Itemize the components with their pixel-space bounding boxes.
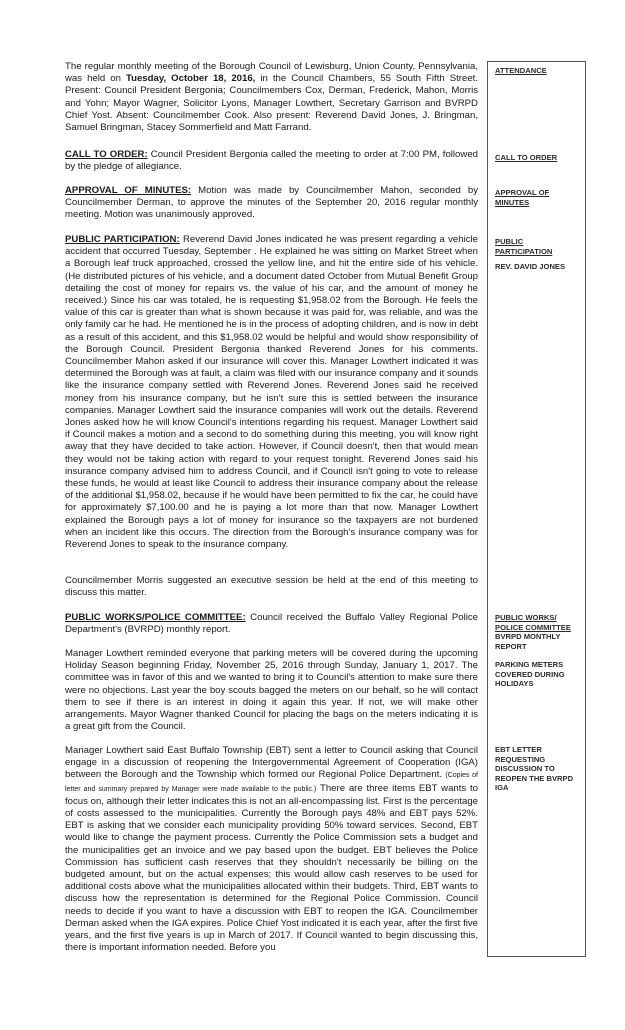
side-parking-meters: PARKING METERS COVERED DURING HOLIDAYS: [495, 660, 575, 689]
side-pp-line2: PARTICIPATION: [495, 247, 552, 256]
ebt-text-cont: There are three items EBT wants to focus…: [65, 783, 478, 954]
side-call-to-order: CALL TO ORDER: [495, 153, 585, 163]
side-pp-line1: PUBLIC: [495, 237, 523, 246]
approval-heading: APPROVAL OF MINUTES:: [65, 185, 191, 196]
morris-paragraph: Councilmember Morris suggested an execut…: [65, 575, 478, 599]
side-public-works: PUBLIC WORKS/ POLICE COMMITTEE BVRPD MON…: [495, 613, 585, 651]
side-approval-line1: APPROVAL OF: [495, 188, 549, 197]
side-public-participation: PUBLIC PARTICIPATION: [495, 237, 585, 256]
side-pw-line2: POLICE COMMITTEE: [495, 623, 571, 632]
parking-text: Manager Lowthert reminded everyone that …: [65, 648, 478, 733]
attendance-paragraph: The regular monthly meeting of the Borou…: [65, 61, 478, 134]
side-rev-david-jones: REV. DAVID JONES: [495, 262, 585, 272]
call-to-order-heading: CALL TO ORDER:: [65, 149, 148, 160]
approval-paragraph: APPROVAL OF MINUTES: Motion was made by …: [65, 185, 478, 222]
side-bvrpd-report: BVRPD MONTHLY REPORT: [495, 632, 560, 651]
side-pw-line1: PUBLIC WORKS/: [495, 613, 557, 622]
call-to-order-paragraph: CALL TO ORDER: Council President Bergoni…: [65, 149, 478, 173]
side-approval: APPROVAL OF MINUTES: [495, 188, 585, 207]
public-works-paragraph: PUBLIC WORKS/POLICE COMMITTEE: Council r…: [65, 612, 478, 636]
parking-meters-paragraph: Manager Lowthert reminded everyone that …: [65, 648, 478, 733]
side-attendance: ATTENDANCE: [495, 66, 585, 76]
side-approval-line2: MINUTES: [495, 198, 529, 207]
meeting-date: Tuesday, October 18, 2016,: [126, 73, 255, 84]
public-participation-text: Reverend David Jones indicated he was pr…: [65, 234, 478, 550]
public-participation-paragraph: PUBLIC PARTICIPATION: Reverend David Jon…: [65, 234, 478, 551]
ebt-paragraph: Manager Lowthert said East Buffalo Towns…: [65, 745, 478, 954]
side-ebt-letter: EBT LETTER REQUESTING DISCUSSION TO REOP…: [495, 745, 577, 793]
public-participation-heading: PUBLIC PARTICIPATION:: [65, 234, 180, 245]
ebt-text: Manager Lowthert said East Buffalo Towns…: [65, 745, 478, 780]
morris-text: Councilmember Morris suggested an execut…: [65, 575, 478, 599]
public-works-heading: PUBLIC WORKS/POLICE COMMITTEE:: [65, 612, 246, 623]
